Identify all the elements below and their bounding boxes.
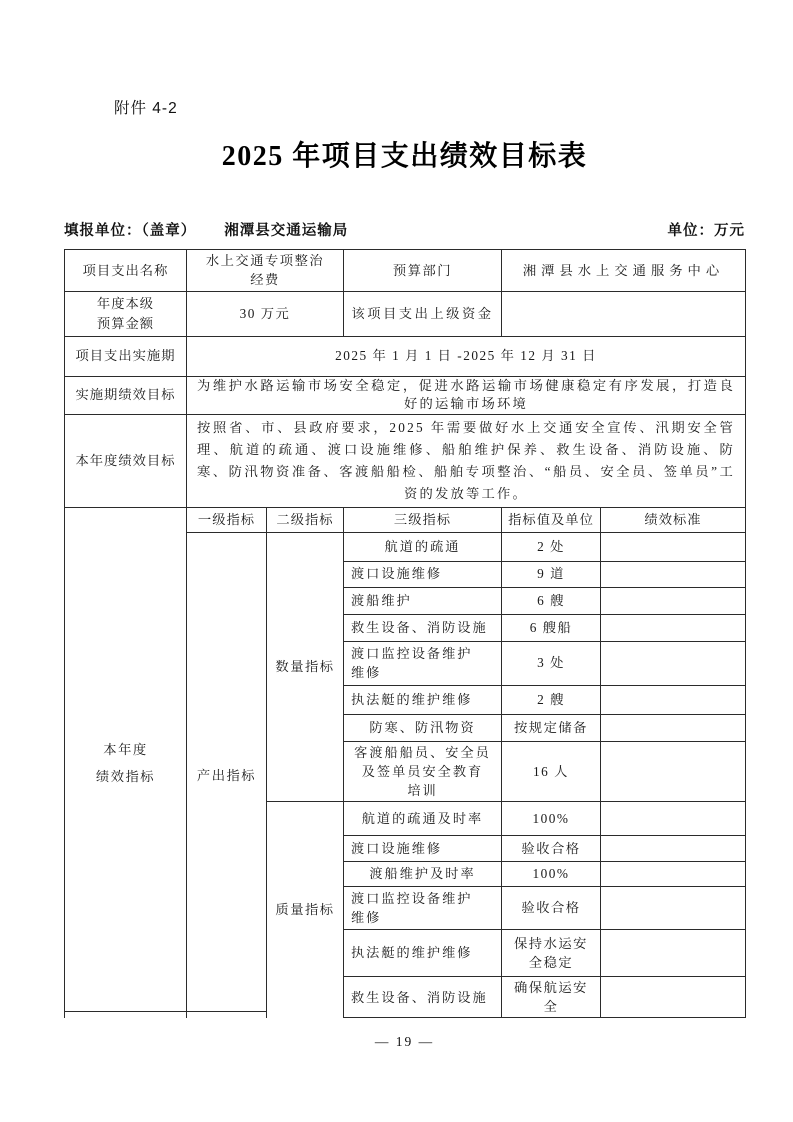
indicator-standard-cell: [601, 976, 746, 1018]
indicator-value-cell: 100%: [502, 801, 601, 835]
group-quality-indicator-cell: 质量指标: [267, 801, 344, 1018]
indicator-name-cell: 渡口设施维修: [344, 561, 502, 587]
group-quantity-indicator-cell: 数量指标: [267, 532, 344, 801]
indicator-name-cell: 救生设备、消防设施: [344, 614, 502, 641]
header-level3: 三级指标: [344, 507, 502, 532]
indicator-name-cell: 渡口监控设备维护 维修: [344, 886, 502, 929]
indicator-value-cell: 6 艘船: [502, 614, 601, 641]
indicator-name-cell: 客渡船船员、安全员 及签单员安全教育 培训: [344, 741, 502, 801]
fill-unit-label: 填报单位：（盖章）: [64, 223, 196, 239]
indicator-name-cell: 航道的疏通: [344, 532, 502, 561]
project-name-value: 水上交通专项整治 经费: [187, 250, 344, 292]
indicator-standard-cell: [601, 929, 746, 976]
unit-label: 单位：万元: [668, 219, 746, 240]
indicator-value-cell: 100%: [502, 861, 601, 886]
annual-indicator-row-label: 本年度 绩效指标: [65, 507, 187, 1018]
superior-funds-value: [502, 291, 746, 336]
indicator-standard-cell: [601, 532, 746, 561]
indicator-value-cell: 6 艘: [502, 587, 601, 614]
budget-dept-value: 湘潭县水上交通服务中心: [502, 250, 746, 292]
annual-goal-label: 本年度绩效目标: [65, 414, 187, 507]
indicator-standard-cell: [601, 741, 746, 801]
period-goal-label: 实施期绩效目标: [65, 376, 187, 414]
indicator-standard-cell: [601, 614, 746, 641]
indicator-standard-cell: [601, 835, 746, 861]
header-level2: 二级指标: [267, 507, 344, 532]
table-row: 年度本级 预算金额 30 万元 该项目支出上级资金: [65, 291, 746, 336]
budget-dept-label: 预算部门: [344, 250, 502, 292]
indicator-value-cell: 2 艘: [502, 685, 601, 714]
table-row: 项目支出名称 水上交通专项整治 经费 预算部门 湘潭县水上交通服务中心: [65, 250, 746, 292]
table-row: 项目支出实施期 2025 年 1 月 1 日 -2025 年 12 月 31 日: [65, 336, 746, 376]
indicator-value-cell: 按规定储备: [502, 714, 601, 741]
indicator-value-cell: 保持水运安 全稳定: [502, 929, 601, 976]
period-goal-value: 为维护水路运输市场安全稳定，促进水路运输市场健康稳定有序发展，打造良好的运输市场…: [187, 376, 746, 414]
indicator-name-cell: 救生设备、消防设施: [344, 976, 502, 1018]
indicator-value-cell: 验收合格: [502, 835, 601, 861]
header-standard: 绩效标准: [601, 507, 746, 532]
indicator-value-cell: 确保航运安 全: [502, 976, 601, 1018]
indicator-name-cell: 执法艇的维护维修: [344, 685, 502, 714]
indicator-value-cell: 2 处: [502, 532, 601, 561]
table-row: 本年度绩效目标 按照省、市、县政府要求，2025 年需要做好水上交通安全宣传、汛…: [65, 414, 746, 507]
meta-row: 填报单位：（盖章）湘潭县交通运输局 单位：万元: [64, 219, 745, 240]
indicator-name-cell: 渡口设施维修: [344, 835, 502, 861]
annual-budget-label: 年度本级 预算金额: [65, 291, 187, 336]
implementation-period-label: 项目支出实施期: [65, 336, 187, 376]
page-title: 2025 年项目支出绩效目标表: [64, 134, 745, 174]
indicator-name-cell: 执法艇的维护维修: [344, 929, 502, 976]
indicator-standard-cell: [601, 587, 746, 614]
indicator-header-row: 本年度 绩效指标 一级指标 二级指标 三级指标 指标值及单位 绩效标准: [65, 507, 746, 532]
document-page: 附件 4-2 2025 年项目支出绩效目标表 填报单位：（盖章）湘潭县交通运输局…: [0, 0, 793, 1122]
table-bottom-step-line: [64, 1011, 267, 1012]
level1-output-indicator-cell: 产出指标: [187, 532, 267, 1018]
superior-funds-label: 该项目支出上级资金: [344, 291, 502, 336]
table-row: 实施期绩效目标 为维护水路运输市场安全稳定，促进水路运输市场健康稳定有序发展，打…: [65, 376, 746, 414]
project-name-label: 项目支出名称: [65, 250, 187, 292]
indicator-value-cell: 16 人: [502, 741, 601, 801]
indicator-standard-cell: [601, 685, 746, 714]
indicator-value-cell: 9 道: [502, 561, 601, 587]
performance-target-table: 项目支出名称 水上交通专项整治 经费 预算部门 湘潭县水上交通服务中心 年度本级…: [64, 249, 746, 1018]
indicator-standard-cell: [601, 861, 746, 886]
header-level1: 一级指标: [187, 507, 267, 532]
indicator-name-cell: 渡船维护及时率: [344, 861, 502, 886]
indicator-standard-cell: [601, 886, 746, 929]
indicator-standard-cell: [601, 714, 746, 741]
page-number: — 19 —: [64, 1034, 745, 1050]
annual-goal-value: 按照省、市、县政府要求，2025 年需要做好水上交通安全宣传、汛期安全管理、航道…: [187, 414, 746, 507]
indicator-standard-cell: [601, 801, 746, 835]
annual-budget-value: 30 万元: [187, 291, 344, 336]
indicator-name-cell: 防寒、防汛物资: [344, 714, 502, 741]
indicator-name-cell: 航道的疏通及时率: [344, 801, 502, 835]
header-value-unit: 指标值及单位: [502, 507, 601, 532]
indicator-standard-cell: [601, 641, 746, 685]
indicator-value-cell: 3 处: [502, 641, 601, 685]
indicator-name-cell: 渡口监控设备维护 维修: [344, 641, 502, 685]
fill-unit-line: 填报单位：（盖章）湘潭县交通运输局: [64, 219, 348, 240]
org-name: 湘潭县交通运输局: [224, 223, 348, 239]
indicator-value-cell: 验收合格: [502, 886, 601, 929]
attachment-label: 附件 4-2: [114, 96, 178, 118]
indicator-standard-cell: [601, 561, 746, 587]
indicator-name-cell: 渡船维护: [344, 587, 502, 614]
implementation-period-value: 2025 年 1 月 1 日 -2025 年 12 月 31 日: [187, 336, 746, 376]
